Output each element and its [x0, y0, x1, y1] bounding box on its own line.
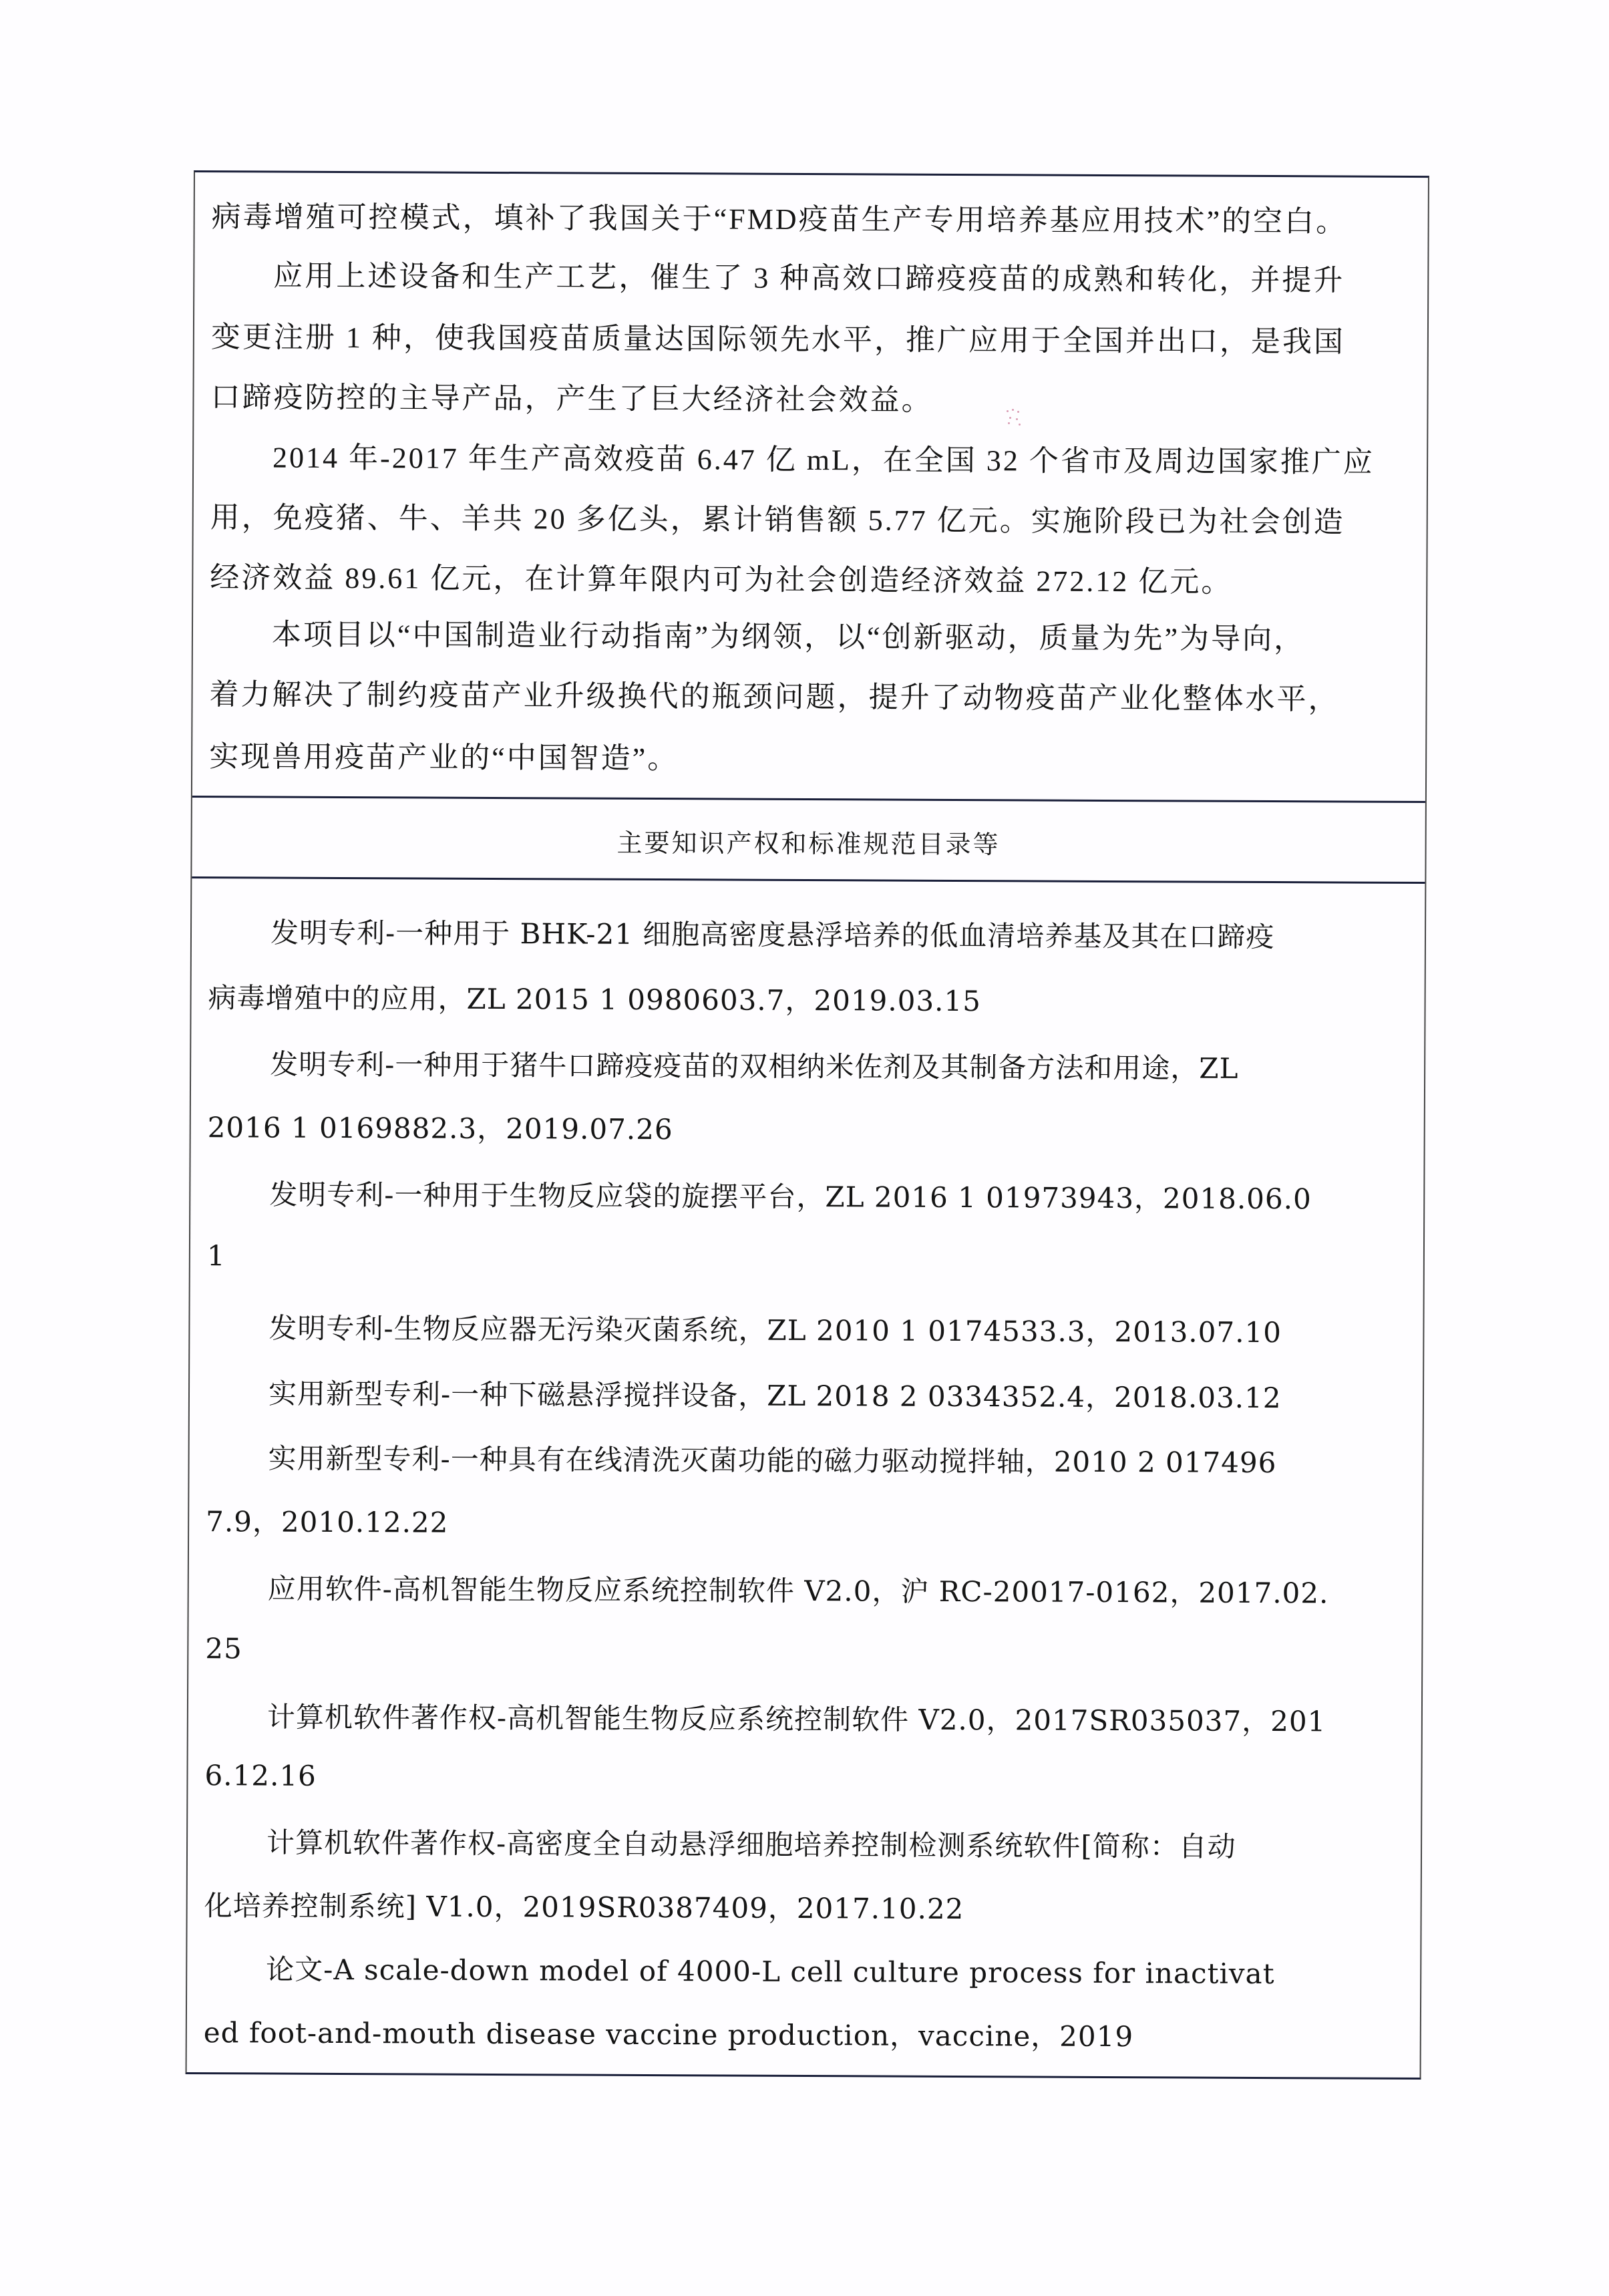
- ip-item-line: 6.12.16: [204, 1759, 317, 1792]
- ip-item-line: 发明专利-一种用于生物反应袋的旋摆平台，ZL 2016 1 01973943，2…: [269, 1173, 1312, 1218]
- ip-item-line: ed foot-and-mouth disease vaccine produc…: [204, 2011, 1134, 2055]
- summary-line: 应用上述设备和生产工艺，催生了 3 种高效口蹄疫疫苗的成熟和转化，并提升: [273, 252, 1345, 299]
- summary-line: 本项目以“中国制造业行动指南”为纲领，以“创新驱动，质量为先”为导向，: [272, 611, 1305, 658]
- ip-item-line: 发明专利-生物反应器无污染灭菌系统，ZL 2010 1 0174533.3，20…: [269, 1307, 1282, 1351]
- ip-list-cell: 发明专利-一种用于 BHK-21 细胞高密度悬浮培养的低血清培养基及其在口蹄疫病…: [187, 878, 1425, 2080]
- section-header-row: 主要知识产权和标准规范目录等: [192, 798, 1425, 882]
- ip-item-line: 计算机软件著作权-高密度全自动悬浮细胞培养控制检测系统软件[简称：自动: [266, 1821, 1236, 1865]
- ip-item-line: 7.9，2010.12.22: [206, 1500, 449, 1541]
- section-header-title: 主要知识产权和标准规范目录等: [192, 820, 1425, 862]
- ip-item-line: 1: [207, 1239, 226, 1272]
- ip-item-line: 病毒增殖中的应用，ZL 2015 1 0980603.7，2019.03.15: [208, 976, 981, 1019]
- ip-item-line: 化培养控制系统] V1.0，2019SR0387409，2017.10.22: [204, 1884, 964, 1927]
- ip-item-line: 应用软件-高机智能生物反应系统控制软件 V2.0，沪 RC-20017-0162…: [268, 1567, 1329, 1612]
- summary-line: 经济效益 89.61 亿元，在计算年限内可为社会创造经济效益 272.12 亿元…: [210, 553, 1232, 601]
- ip-item-line: 25: [205, 1632, 242, 1665]
- ip-item-line: 实用新型专利-一种下磁悬浮搅拌设备，ZL 2018 2 0334352.4，20…: [269, 1372, 1282, 1417]
- scanned-page: 病毒增殖可控模式，填补了我国关于“FMD疫苗生产专用培养基应用技术”的空白。 应…: [0, 0, 1609, 2296]
- scan-artifact-mark: [1005, 407, 1024, 426]
- summary-line: 着力解决了制约疫苗产业升级换代的瓶颈问题，提升了动物疫苗产业化整体水平，: [209, 670, 1339, 717]
- ip-item-line: 发明专利-一种用于猪牛口蹄疫疫苗的双相纳米佐剂及其制备方法和用途，ZL: [270, 1043, 1239, 1087]
- ip-item-line: 计算机软件著作权-高机智能生物反应系统控制软件 V2.0，2017SR03503…: [267, 1695, 1326, 1740]
- ip-item-line: 2016 1 0169882.3，2019.07.26: [208, 1106, 673, 1148]
- project-summary-cell: 病毒增殖可控模式，填补了我国关于“FMD疫苗生产专用培养基应用技术”的空白。 应…: [192, 172, 1428, 802]
- ip-item-line: 实用新型专利-一种具有在线清洗灭菌功能的磁力驱动搅拌轴，2010 2 01749…: [268, 1437, 1276, 1482]
- document-table: 病毒增殖可控模式，填补了我国关于“FMD疫苗生产专用培养基应用技术”的空白。 应…: [186, 170, 1429, 2080]
- summary-line: 口蹄疫防控的主导产品，产生了巨大经济社会效益。: [210, 373, 932, 419]
- ip-item-line: 发明专利-一种用于 BHK-21 细胞高密度悬浮培养的低血清培养基及其在口蹄疫: [271, 911, 1275, 956]
- summary-line: 实现兽用疫苗产业的“中国智造”。: [209, 732, 679, 777]
- summary-line: 用，免疫猪、牛、羊共 20 多亿头，累计销售额 5.77 亿元。实施阶段已为社会…: [210, 493, 1345, 540]
- ip-item-line: 论文-A scale-down model of 4000-L cell cul…: [266, 1947, 1275, 1992]
- summary-line: 变更注册 1 种，使我国疫苗质量达国际领先水平，推广应用于全国并出口，是我国: [211, 313, 1345, 360]
- summary-line: 2014 年-2017 年生产高效疫苗 6.47 亿 mL，在全国 32 个省市…: [273, 434, 1375, 481]
- summary-line: 病毒增殖可控模式，填补了我国关于“FMD疫苗生产专用培养基应用技术”的空白。: [212, 192, 1348, 240]
